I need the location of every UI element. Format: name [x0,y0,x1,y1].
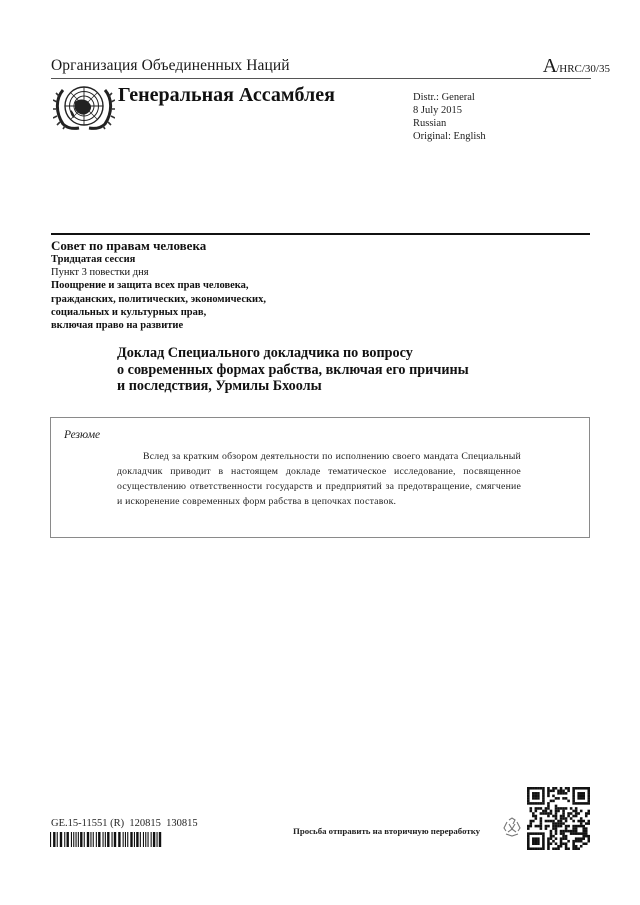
agenda-title-line: социальных и культурных прав, [51,306,266,319]
date-line: 8 July 2015 [413,104,486,117]
summary-label: Резюме [64,429,100,441]
symbol-rest: /HRC/30/35 [556,63,610,75]
report-title-line: Доклад Специального докладчика по вопрос… [117,345,469,362]
document-code: GE.15-11551 (R) 120815 130815 [51,818,198,829]
recycle-notice: Просьба отправить на вторичную переработ… [293,826,480,836]
recycle-icon [500,816,524,840]
distribution-info: Distr.: General 8 July 2015 Russian Orig… [413,91,486,143]
language-line: Russian [413,117,486,130]
barcode-icon [50,832,162,847]
body-title: Генеральная Ассамблея [118,84,335,107]
agenda-title-line: включая право на развитие [51,319,266,332]
header-rule [51,78,591,79]
agenda-title-line: гражданских, политических, экономических… [51,293,266,306]
section-rule [51,233,590,235]
report-title: Доклад Специального докладчика по вопрос… [117,345,469,395]
summary-text: Вслед за кратким обзором деятельности по… [117,449,521,509]
summary-paragraph: Вслед за кратким обзором деятельности по… [117,451,521,507]
qr-code-icon [527,787,590,850]
un-emblem-icon [53,82,115,130]
agenda-item: Пункт 3 повестки дня [51,266,266,279]
council-title: Совет по правам человека [51,238,266,253]
agenda-title-line: Поощрение и защита всех прав человека, [51,279,266,292]
session-label: Тридцатая сессия [51,253,266,266]
original-line: Original: English [413,130,486,143]
council-block: Совет по правам человека Тридцатая сесси… [51,238,266,332]
document-symbol: A/HRC/30/35 [543,55,610,78]
report-title-line: о современных формах рабства, включая ег… [117,362,469,379]
report-title-line: и последствия, Урмилы Бхоолы [117,378,469,395]
distr-line: Distr.: General [413,91,486,104]
symbol-letter: A [543,55,556,77]
organization-name: Организация Объединенных Наций [51,57,290,75]
